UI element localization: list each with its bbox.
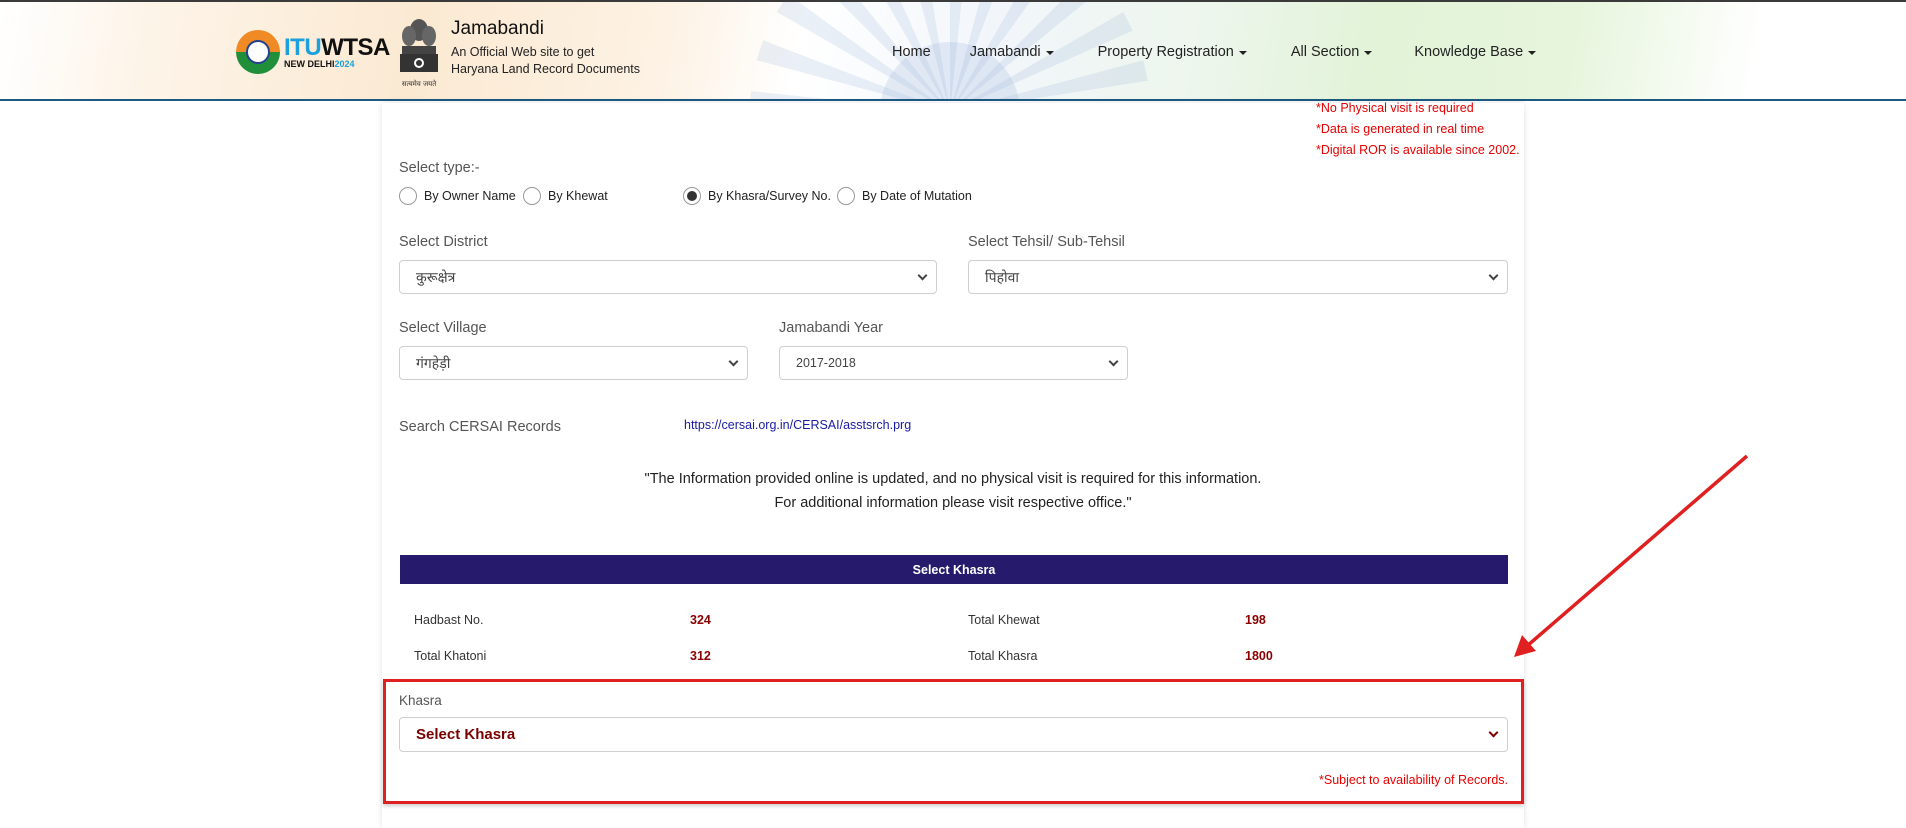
logo-text-wtsa: WTSA (321, 34, 390, 61)
itu-wtsa-logo[interactable]: ITUWTSA NEW DELHI2024 (236, 30, 390, 74)
site-subtitle-line2: Haryana Land Record Documents (451, 61, 640, 78)
cersai-label: Search CERSAI Records (399, 419, 561, 435)
radio-circle[interactable] (837, 187, 855, 205)
logo-text-year: 2024 (335, 59, 355, 69)
hadbast-value: 324 (690, 613, 711, 627)
radio-by-khewat[interactable]: By Khewat (523, 187, 608, 205)
chevron-down-icon (1109, 357, 1119, 367)
radio-label: By Owner Name (424, 189, 516, 203)
radio-by-date-of-mutation[interactable]: By Date of Mutation (837, 187, 972, 205)
district-label: Select District (399, 234, 488, 250)
chevron-down-icon (729, 357, 739, 367)
tehsil-label: Select Tehsil/ Sub-Tehsil (968, 234, 1125, 250)
radio-by-owner-name[interactable]: By Owner Name (399, 187, 516, 205)
nav-all-section-label: All Section (1291, 44, 1360, 60)
nav-all-section[interactable]: All Section (1291, 44, 1373, 60)
chevron-down-icon (1489, 728, 1499, 738)
radio-label: By Date of Mutation (862, 189, 972, 203)
village-select[interactable]: गंगहेड़ी (399, 346, 748, 380)
radio-by-khasra[interactable]: By Khasra/Survey No. (683, 187, 831, 205)
nav-property-registration[interactable]: Property Registration (1098, 44, 1247, 60)
hadbast-label: Hadbast No. (414, 613, 483, 627)
caret-down-icon (1364, 51, 1372, 55)
total-khasra-label: Total Khasra (968, 649, 1037, 663)
caret-down-icon (1528, 51, 1536, 55)
chevron-down-icon (918, 271, 928, 281)
village-label: Select Village (399, 320, 487, 336)
search-type-radio-group: By Owner Name By Khewat By Khasra/Survey… (399, 187, 1099, 207)
radio-label: By Khewat (548, 189, 608, 203)
select-type-label: Select type:- (399, 160, 480, 176)
year-label: Jamabandi Year (779, 320, 883, 336)
nav-knowledge-base-label: Knowledge Base (1414, 44, 1523, 60)
radio-label: By Khasra/Survey No. (708, 189, 831, 203)
note-no-visit: *No Physical visit is required (1316, 98, 1520, 119)
nav-jamabandi-label: Jamabandi (970, 44, 1041, 60)
total-khewat-value: 198 (1245, 613, 1266, 627)
national-emblem-icon[interactable]: सत्यमेव जयते (396, 12, 442, 92)
logo-text-city: NEW DELHI (284, 59, 335, 69)
availability-note: *Subject to availability of Records. (1319, 773, 1508, 787)
radio-circle[interactable] (399, 187, 417, 205)
total-khewat-label: Total Khewat (968, 613, 1040, 627)
caret-down-icon (1046, 51, 1054, 55)
info-statement: "The Information provided online is upda… (382, 467, 1524, 515)
tehsil-value: पिहोवा (985, 268, 1019, 287)
select-khasra-header: Select Khasra (400, 555, 1508, 584)
khasra-select-value: Select Khasra (416, 726, 515, 743)
district-select[interactable]: कुरूक्षेत्र (399, 260, 937, 294)
total-khatoni-label: Total Khatoni (414, 649, 486, 663)
chevron-down-icon (1489, 271, 1499, 281)
khasra-select[interactable]: Select Khasra (399, 717, 1508, 752)
khasra-field-label: Khasra (399, 693, 442, 708)
itu-globe-icon (236, 30, 280, 74)
year-value: 2017-2018 (796, 356, 856, 370)
tehsil-select[interactable]: पिहोवा (968, 260, 1508, 294)
info-notes: *No Physical visit is required *Data is … (1316, 98, 1520, 161)
radio-circle-checked[interactable] (683, 187, 701, 205)
site-subtitle-line1: An Official Web site to get (451, 44, 640, 61)
district-value: कुरूक्षेत्र (416, 268, 455, 287)
nav-home[interactable]: Home (892, 44, 931, 60)
nav-jamabandi[interactable]: Jamabandi (970, 44, 1054, 60)
site-title-block: Jamabandi An Official Web site to get Ha… (451, 18, 640, 78)
info-line-1: "The Information provided online is upda… (382, 467, 1524, 491)
nav-home-label: Home (892, 44, 931, 60)
note-real-time: *Data is generated in real time (1316, 119, 1520, 140)
site-title: Jamabandi (451, 18, 640, 40)
nav-property-registration-label: Property Registration (1098, 44, 1234, 60)
main-nav: Home Jamabandi Property Registration All… (892, 44, 1536, 60)
year-select[interactable]: 2017-2018 (779, 346, 1128, 380)
total-khasra-value: 1800 (1245, 649, 1273, 663)
note-digital-ror: *Digital ROR is available since 2002. (1316, 140, 1520, 161)
village-value: गंगहेड़ी (416, 354, 450, 373)
cersai-link[interactable]: https://cersai.org.in/CERSAI/asstsrch.pr… (684, 418, 911, 432)
info-line-2: For additional information please visit … (382, 491, 1524, 515)
total-khatoni-value: 312 (690, 649, 711, 663)
radio-circle[interactable] (523, 187, 541, 205)
caret-down-icon (1239, 51, 1247, 55)
logo-text-itu: ITU (284, 34, 321, 61)
site-header: ITUWTSA NEW DELHI2024 सत्यमेव जयते Jamab… (0, 2, 1906, 101)
svg-text:सत्यमेव जयते: सत्यमेव जयते (402, 79, 437, 88)
nav-knowledge-base[interactable]: Knowledge Base (1414, 44, 1536, 60)
